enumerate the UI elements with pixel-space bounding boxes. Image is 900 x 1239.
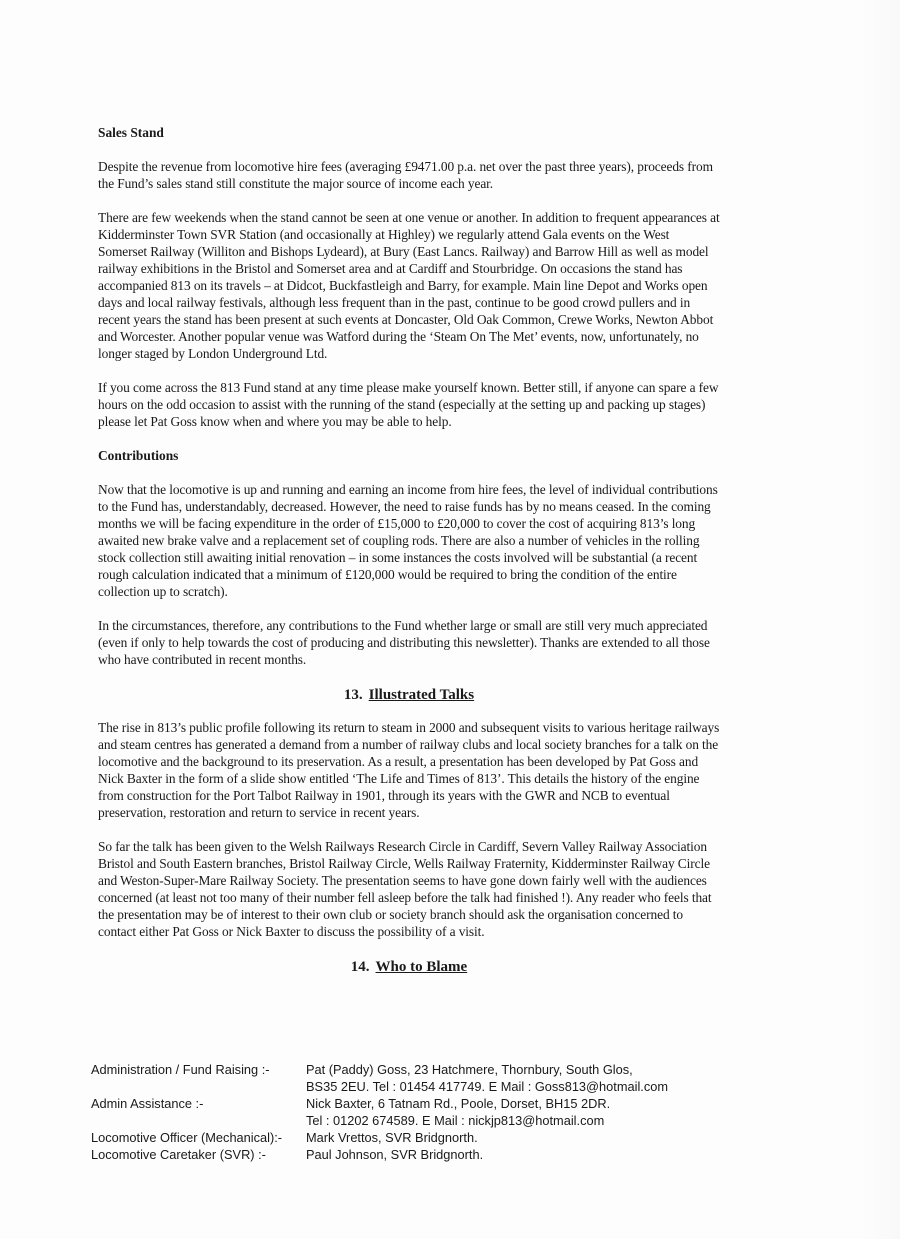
talks-paragraph: The rise in 813’s public profile followi… — [98, 719, 720, 821]
contact-details: Pat (Paddy) Goss, 23 Hatchmere, Thornbur… — [306, 1061, 731, 1078]
talks-paragraph: So far the talk has been given to the We… — [98, 838, 720, 940]
contributions-heading: Contributions — [98, 447, 720, 464]
section-13-title: 13.Illustrated Talks — [98, 685, 720, 705]
section-title-text: Illustrated Talks — [369, 687, 474, 703]
contact-row: Locomotive Caretaker (SVR) :- Paul Johns… — [91, 1146, 731, 1163]
contact-row: BS35 2EU. Tel : 01454 417749. E Mail : G… — [91, 1078, 731, 1095]
contacts-list: Administration / Fund Raising :- Pat (Pa… — [91, 1061, 731, 1163]
newsletter-page: Sales Stand Despite the revenue from loc… — [98, 124, 720, 991]
sales-stand-heading: Sales Stand — [98, 124, 720, 141]
section-number: 13. — [344, 687, 363, 703]
contact-row: Tel : 01202 674589. E Mail : nickjp813@h… — [91, 1112, 731, 1129]
contributions-paragraph: Now that the locomotive is up and runnin… — [98, 481, 720, 600]
contact-role — [91, 1112, 306, 1129]
contact-role: Admin Assistance :- — [91, 1095, 306, 1112]
contact-row: Administration / Fund Raising :- Pat (Pa… — [91, 1061, 731, 1078]
contact-details: Paul Johnson, SVR Bridgnorth. — [306, 1146, 731, 1163]
section-title-text: Who to Blame — [376, 959, 468, 975]
sales-stand-paragraph: Despite the revenue from locomotive hire… — [98, 158, 720, 192]
sales-stand-paragraph: There are few weekends when the stand ca… — [98, 209, 720, 362]
contact-row: Locomotive Officer (Mechanical):- Mark V… — [91, 1129, 731, 1146]
page-edge-shadow — [860, 0, 900, 1239]
contact-row: Admin Assistance :- Nick Baxter, 6 Tatna… — [91, 1095, 731, 1112]
contributions-paragraph: In the circumstances, therefore, any con… — [98, 617, 720, 668]
contact-details: BS35 2EU. Tel : 01454 417749. E Mail : G… — [306, 1078, 731, 1095]
section-14-title: 14.Who to Blame — [98, 957, 720, 977]
section-number: 14. — [351, 959, 370, 975]
contact-role: Locomotive Caretaker (SVR) :- — [91, 1146, 306, 1163]
contact-role — [91, 1078, 306, 1095]
contact-details: Tel : 01202 674589. E Mail : nickjp813@h… — [306, 1112, 731, 1129]
contact-details: Mark Vrettos, SVR Bridgnorth. — [306, 1129, 731, 1146]
contact-role: Administration / Fund Raising :- — [91, 1061, 306, 1078]
contact-details: Nick Baxter, 6 Tatnam Rd., Poole, Dorset… — [306, 1095, 731, 1112]
contact-role: Locomotive Officer (Mechanical):- — [91, 1129, 306, 1146]
sales-stand-paragraph: If you come across the 813 Fund stand at… — [98, 379, 720, 430]
